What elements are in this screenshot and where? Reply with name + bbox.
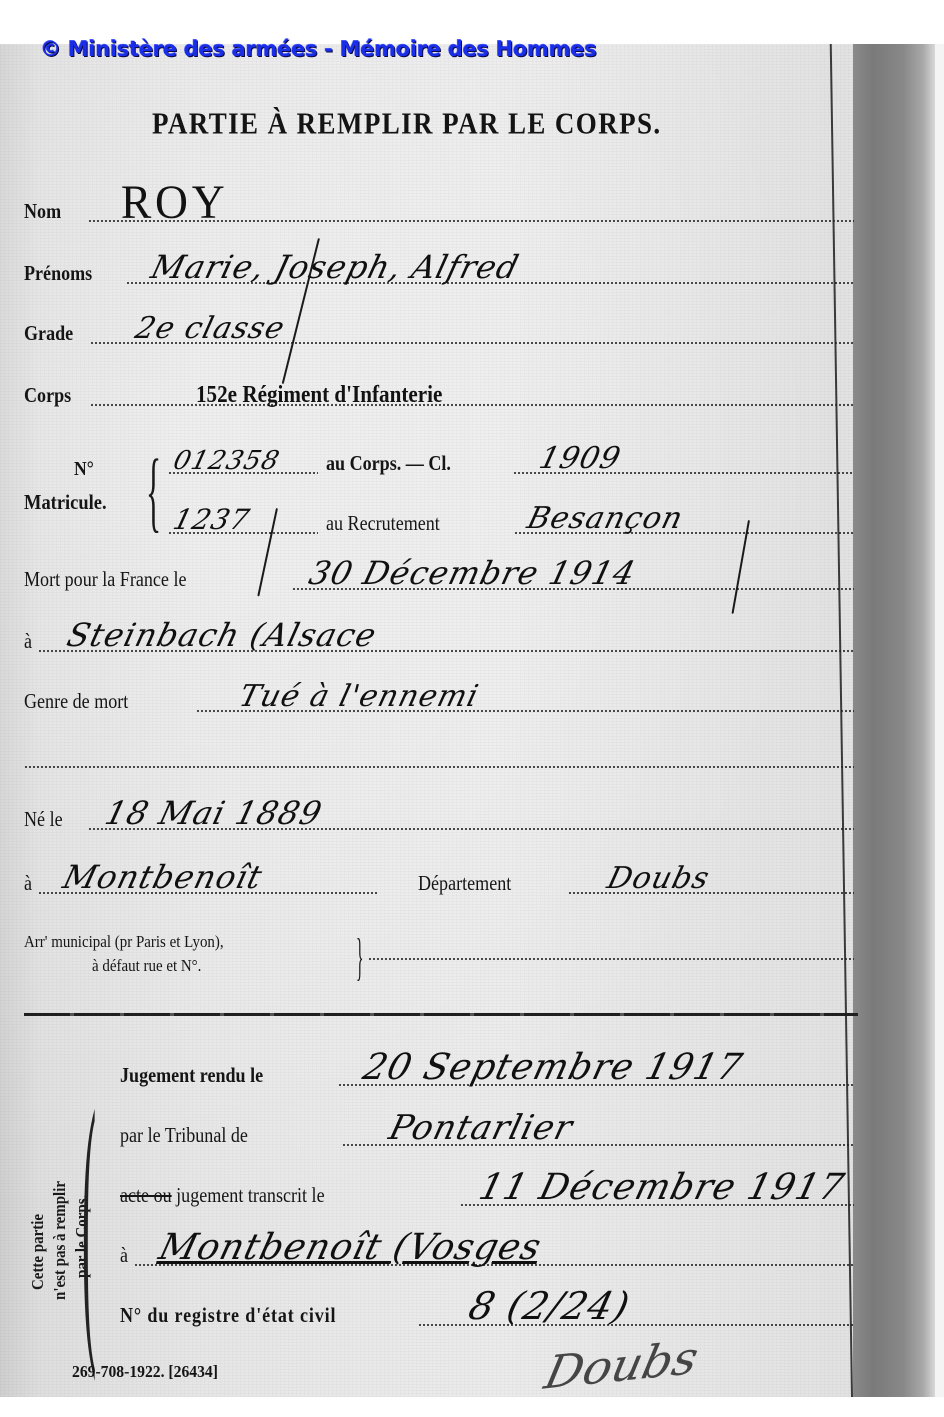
field-genre-mort: Genre de mort Tué à l'ennemi xyxy=(24,678,854,718)
section-divider xyxy=(24,1013,858,1016)
field-value-departement: Doubs xyxy=(604,861,714,896)
bottom-margin xyxy=(0,1397,944,1417)
dotted-line xyxy=(24,766,854,768)
arrondissement-label-line2: à défaut rue et N°. xyxy=(92,956,201,976)
field-label: Mort pour la France le xyxy=(24,567,186,592)
field-label: jugement transcrit le xyxy=(176,1183,324,1207)
field-value-lieu-mort: Steinbach (Alsace xyxy=(63,616,380,654)
field-lieu-mort: à Steinbach (Alsace xyxy=(24,618,854,658)
field-value-matricule-corps: 012358 xyxy=(170,446,283,476)
field-label: Département xyxy=(418,871,511,896)
struck-label: acte ou xyxy=(120,1183,172,1207)
field-matricule-corps: 012358 au Corps. — Cl. 1909 xyxy=(168,440,854,480)
field-label-group: acte ou jugement transcrit le xyxy=(120,1183,325,1208)
field-label: N° du registre d'état civil xyxy=(120,1303,336,1328)
field-mort: Mort pour la France le 30 Décembre 1914 xyxy=(24,556,854,596)
field-value-nom: ROY xyxy=(121,175,229,230)
matricule-label-bottom: Matricule. xyxy=(24,490,107,515)
field-value-mort: 30 Décembre 1914 xyxy=(305,554,639,592)
field-nom: Nom ROY xyxy=(24,188,854,228)
field-value-grade: 2e classe xyxy=(132,311,289,346)
field-value-transcrit: 11 Décembre 1917 xyxy=(475,1167,849,1208)
form-code: 269-708-1922. [26434] xyxy=(72,1362,218,1382)
brace-icon: } xyxy=(356,928,363,987)
brace-icon: ( xyxy=(82,1044,96,1389)
field-transcrit: acte ou jugement transcrit le 11 Décembr… xyxy=(120,1172,854,1212)
field-label: Né le xyxy=(24,807,63,832)
field-prenoms: Prénoms Marie, Joseph, Alfred xyxy=(24,250,854,290)
page-edge xyxy=(935,44,944,1397)
field-value-classe: 1909 xyxy=(536,441,625,476)
field-value-prenoms: Marie, Joseph, Alfred xyxy=(147,248,523,286)
dotted-line xyxy=(368,958,854,960)
field-label: Genre de mort xyxy=(24,689,128,714)
field-lieu-naissance: à Montbenoît Département Doubs xyxy=(24,860,854,900)
field-label: à xyxy=(24,871,32,896)
field-label: à xyxy=(120,1243,128,1268)
field-value-corps: 152e Régiment d'Infanterie xyxy=(196,382,442,409)
field-registre: N° du registre d'état civil 8 (2/24) xyxy=(120,1292,854,1332)
field-grade: Grade 2e classe xyxy=(24,310,854,350)
field-label: Jugement rendu le xyxy=(120,1063,263,1088)
field-value-genre-mort: Tué à l'ennemi xyxy=(236,679,483,714)
field-value-recrutement: Besançon xyxy=(524,501,687,536)
field-label: par le Tribunal de xyxy=(120,1123,248,1148)
field-value-naissance: 18 Mai 1889 xyxy=(101,794,326,832)
field-value-jugement: 20 Septembre 1917 xyxy=(359,1047,747,1088)
field-value-lieu-transcrit: Montbenoît (Vosges xyxy=(155,1227,546,1268)
arrondissement-label-line1: Arr' municipal (pr Paris et Lyon), xyxy=(24,932,224,952)
page-edge-shadow xyxy=(853,44,935,1397)
side-note-line: n'est pas à remplir xyxy=(50,1181,70,1300)
blank-line xyxy=(24,734,854,774)
field-value-lieu-naissance: Montbenoît xyxy=(59,858,266,896)
field-label: à xyxy=(24,629,32,654)
field-label: Nom xyxy=(24,199,61,224)
field-label: Corps xyxy=(24,383,71,408)
field-lieu-transcrit: à Montbenoît (Vosges xyxy=(120,1232,854,1272)
field-value-matricule-recrutement: 1237 xyxy=(170,503,253,536)
field-label: Grade xyxy=(24,321,73,346)
brace-icon: { xyxy=(146,440,161,543)
field-jugement: Jugement rendu le 20 Septembre 1917 xyxy=(120,1052,854,1092)
field-label: Prénoms xyxy=(24,261,92,286)
field-label: au Recrutement xyxy=(326,511,440,536)
field-value-registre: 8 (2/24) xyxy=(465,1284,635,1328)
field-corps: Corps 152e Régiment d'Infanterie xyxy=(24,372,854,412)
matricule-label-top: N° xyxy=(74,458,94,481)
field-label: au Corps. — Cl. xyxy=(326,451,451,476)
field-arrondissement xyxy=(368,926,854,966)
side-note-line: Cette partie xyxy=(28,1214,48,1290)
field-tribunal: par le Tribunal de Pontarlier xyxy=(120,1112,854,1152)
field-naissance: Né le 18 Mai 1889 xyxy=(24,796,854,836)
field-value-tribunal: Pontarlier xyxy=(385,1108,577,1148)
copyright-watermark: © Ministère des armées - Mémoire des Hom… xyxy=(40,37,596,61)
page-title: PARTIE À REMPLIR PAR LE CORPS. xyxy=(152,106,662,142)
